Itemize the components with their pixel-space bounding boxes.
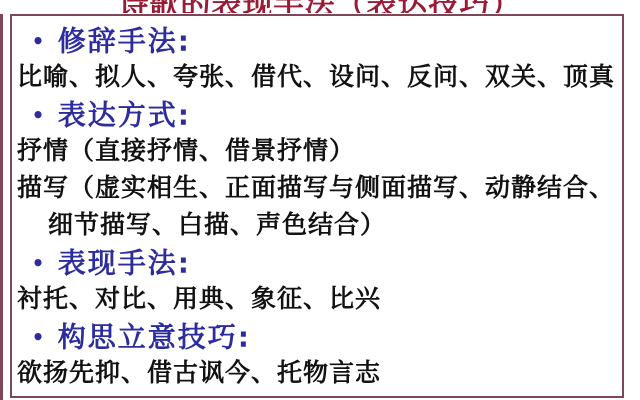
bullet-icon: • [28,97,48,133]
bullet-icon: • [28,319,48,355]
section-line-lyric: 抒情（直接抒情、借景抒情） [12,132,622,169]
section-line-description-1: 描写（虚实相生、正面描写与侧面描写、动静结合、 [12,169,622,206]
page-title: 诗歌的表现手法（表达技巧） [0,0,640,13]
section-line-technique-items: 衬托、对比、用典、象征、比兴 [12,280,622,317]
section-header-conception: • 构思立意技巧: [12,317,622,354]
section-header-technique: • 表现手法: [12,243,622,280]
section-header-label: 表达方式: [58,99,191,132]
section-line-rhetoric-items: 比喻、拟人、夸张、借代、设问、反问、双关、顶真 [12,58,622,95]
page-title-text: 诗歌的表现手法（表达技巧） [119,0,522,13]
section-line-conception-items: 欲扬先抑、借古讽今、托物言志 [12,354,622,391]
left-edge-line [0,14,3,400]
slide: 诗歌的表现手法（表达技巧） • 修辞手法: 比喻、拟人、夸张、借代、设问、反问、… [0,0,640,400]
section-header-label: 修辞手法: [58,25,191,58]
section-header-expression: • 表达方式: [12,95,622,132]
bullet-icon: • [28,245,48,281]
section-header-label: 表现手法: [58,247,191,280]
section-header-label: 构思立意技巧: [58,321,251,354]
section-header-rhetoric: • 修辞手法: [12,21,622,58]
content-box: • 修辞手法: 比喻、拟人、夸张、借代、设问、反问、双关、顶真 • 表达方式: … [10,14,624,398]
section-line-description-2: 细节描写、白描、声色结合） [12,206,622,243]
bullet-icon: • [28,23,48,59]
